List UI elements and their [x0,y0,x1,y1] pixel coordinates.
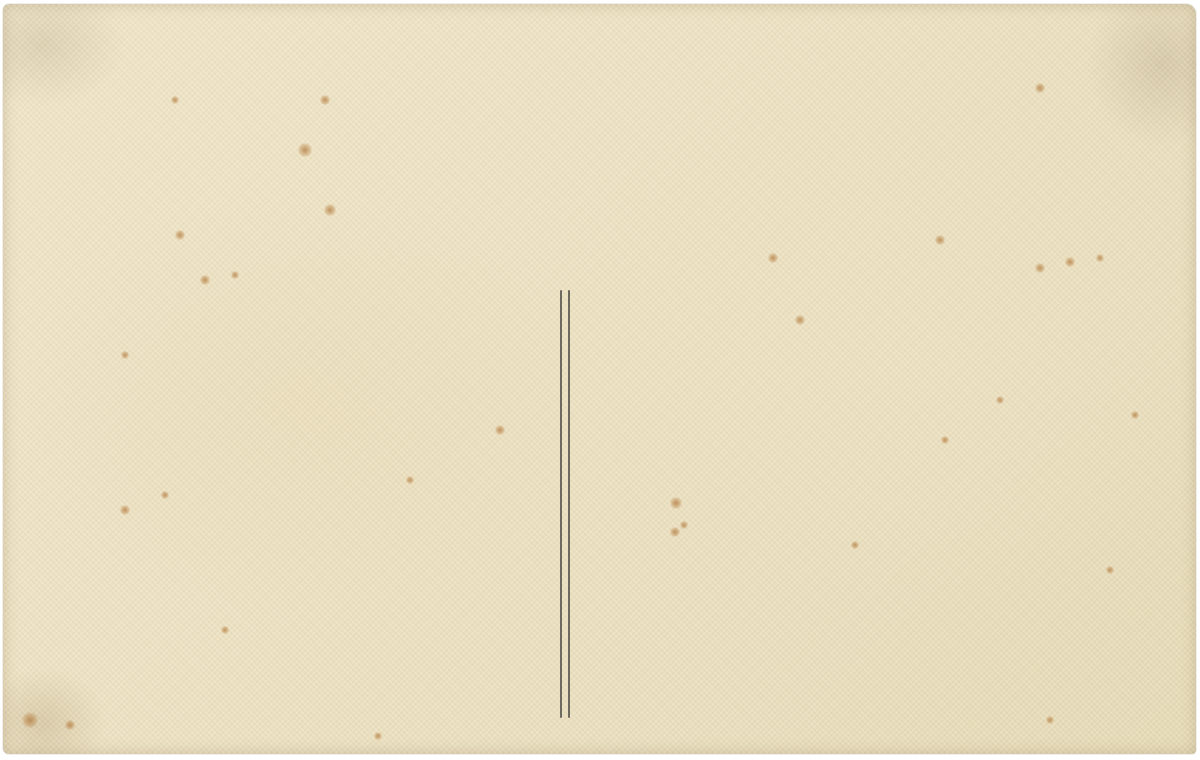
stain-spot [200,275,210,285]
stain-spot [670,527,680,537]
paper-texture [3,4,1196,754]
stain-spot [161,491,168,498]
stain-spot [171,96,178,103]
stain-spot [221,626,228,633]
stain-spot [374,732,381,739]
stain-spot [1065,257,1075,267]
stain-spot [1106,566,1113,573]
stain-spot [1035,263,1045,273]
stain-spot [851,541,858,548]
stain-spot [65,720,75,730]
stain-spot [320,95,330,105]
stain-spot [495,425,505,435]
divider-line-left [560,290,562,718]
postcard-back [3,4,1196,754]
stain-spot [996,396,1003,403]
stain-spot [120,505,130,515]
stain-spot [406,476,413,483]
stain-spot [121,351,128,358]
stain-spot [324,204,336,216]
stain-spot [670,497,682,509]
divider-line-right [568,290,570,718]
stain-spot [1096,254,1103,261]
stain-spot [175,230,185,240]
stain-spot [231,271,238,278]
stain-spot [1035,83,1045,93]
stain-spot [941,436,948,443]
stain-spot [795,315,805,325]
stain-spot [935,235,945,245]
stain-spot [1046,716,1053,723]
stain-spot [1131,411,1138,418]
stain-spot [768,253,778,263]
stain-spot [680,521,687,528]
